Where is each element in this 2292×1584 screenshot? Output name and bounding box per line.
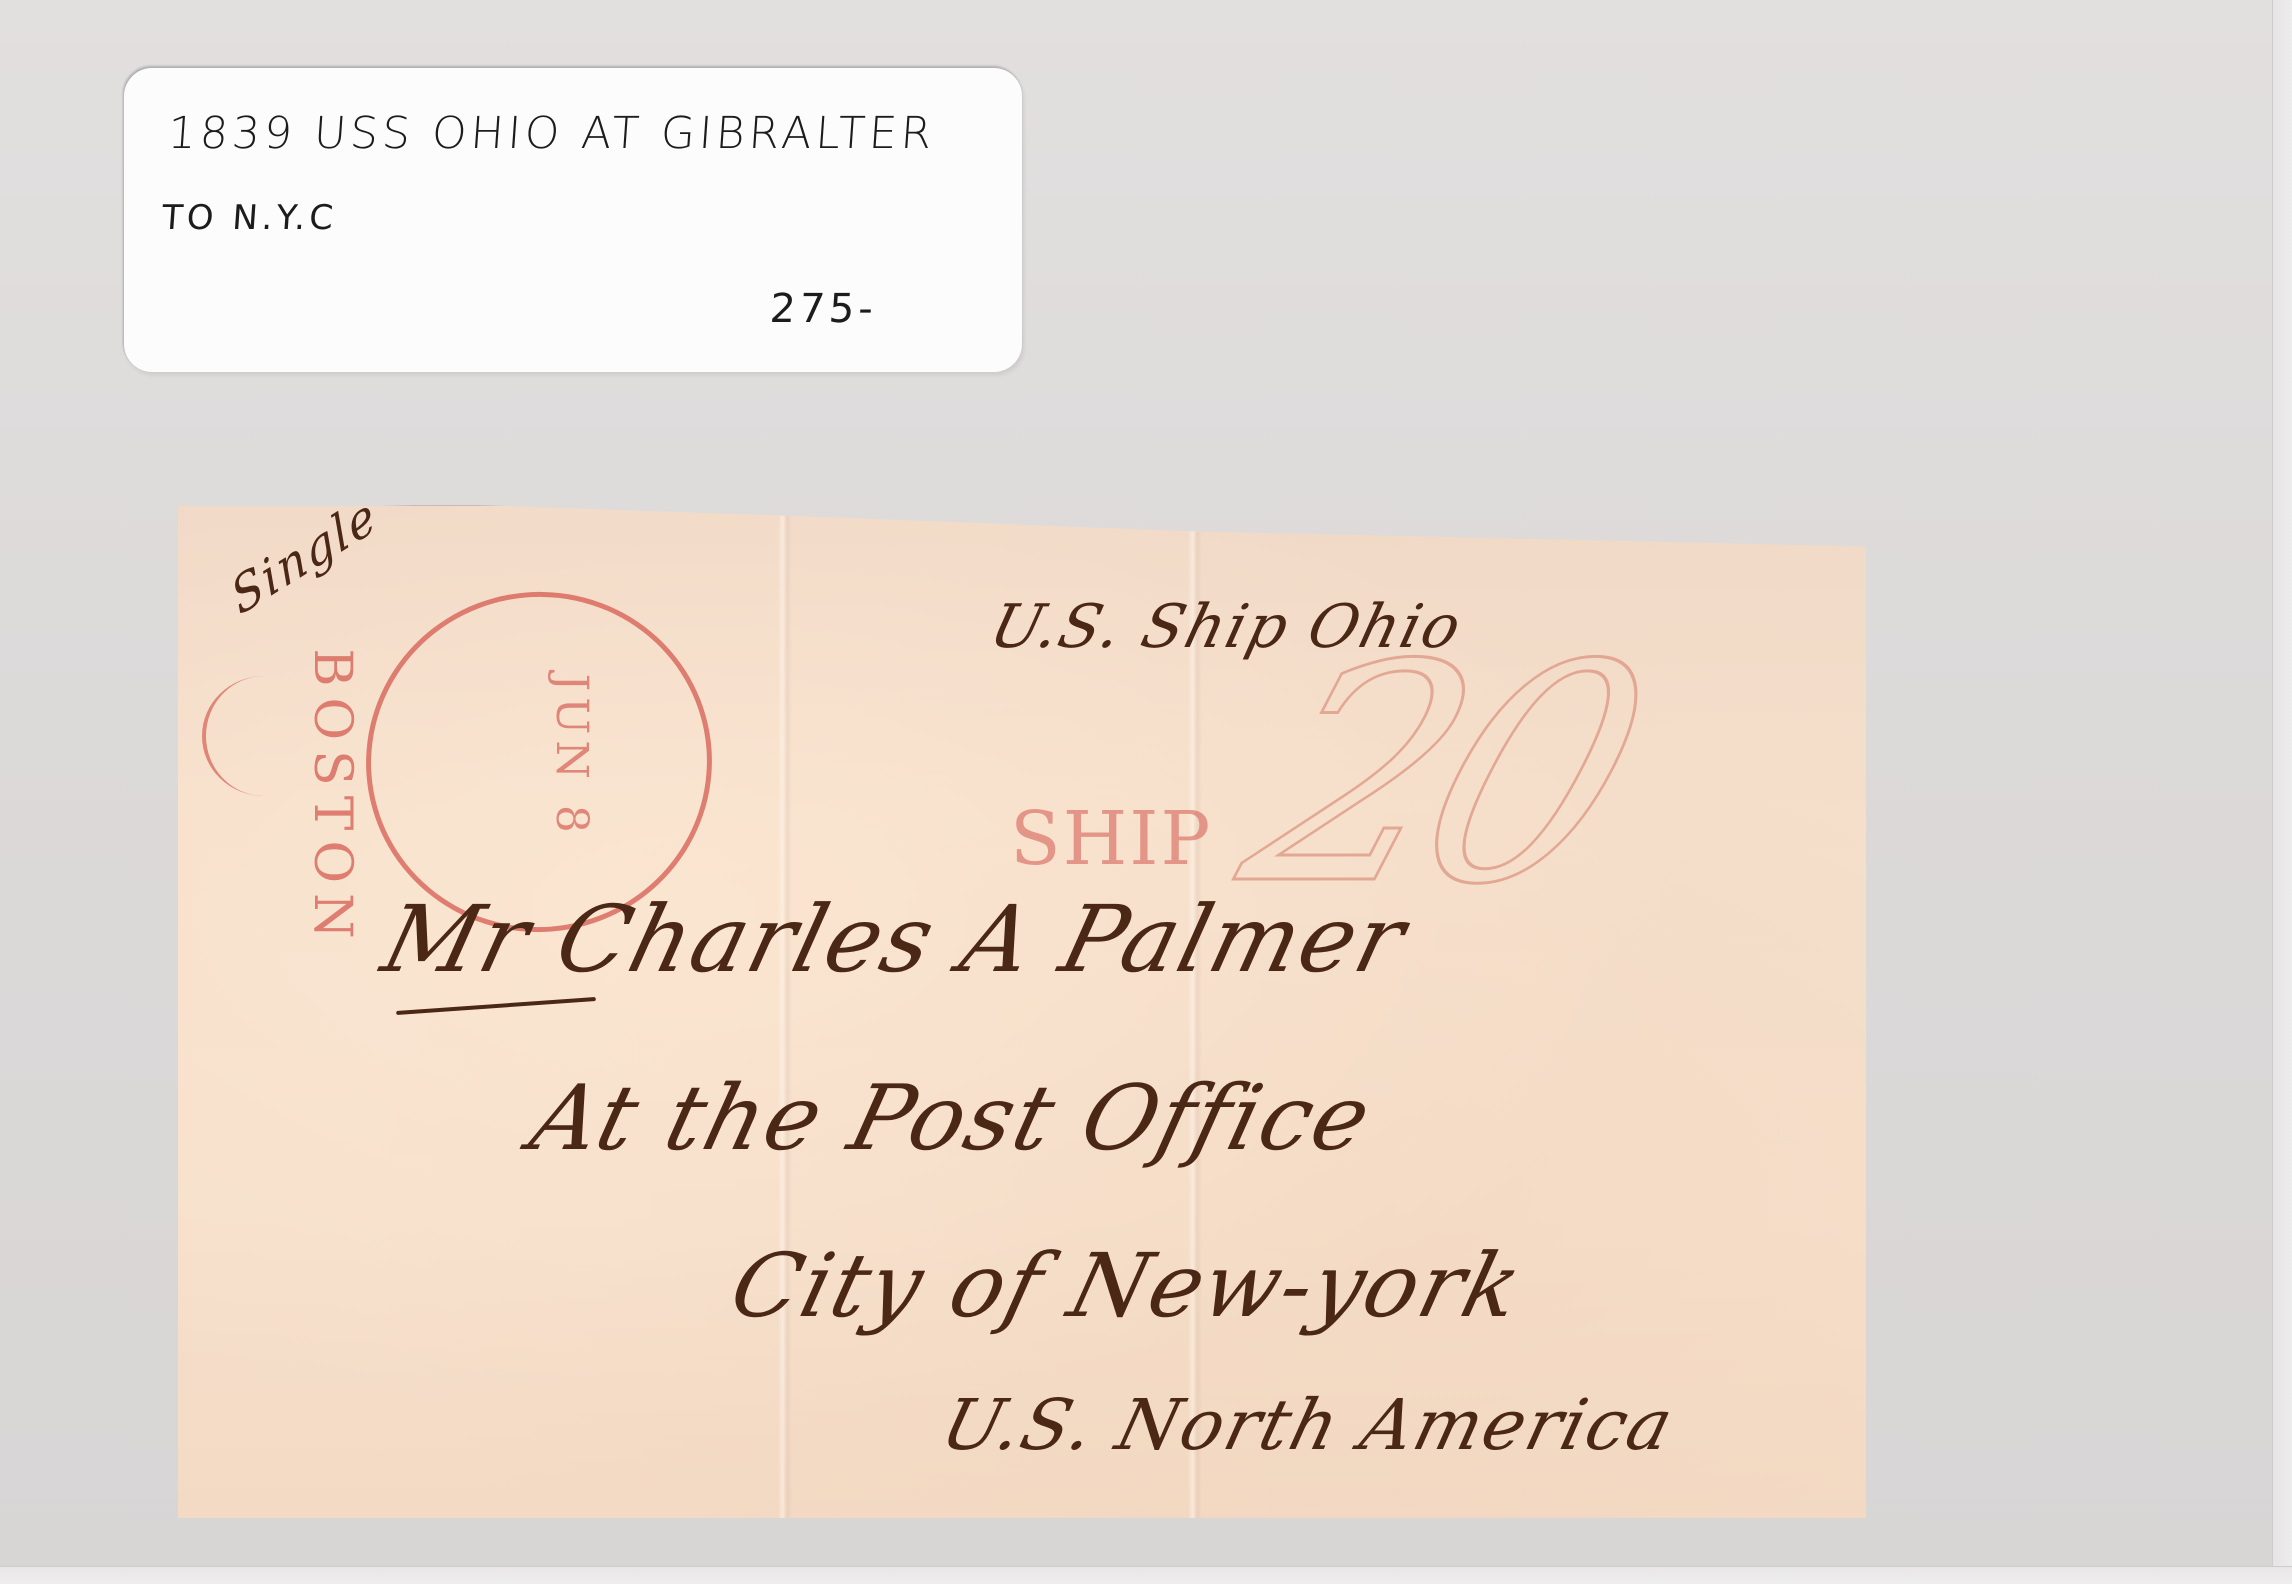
address-line-2: City of New-york xyxy=(721,1234,1533,1337)
sleeve-edge-right xyxy=(2272,0,2292,1584)
address-line-3: U.S. North America xyxy=(934,1384,1683,1466)
manuscript-rate-marking: 20 xyxy=(1219,626,1658,926)
manuscript-single-rate-note: Single xyxy=(224,485,384,627)
label-description: 1839 USS OHIO AT GIBRALTER xyxy=(166,108,937,159)
stampless-folded-cover: BOSTON JUN 8 Single U.S. Ship Ohio SHIP … xyxy=(178,506,1866,1518)
postmark-town: BOSTON xyxy=(302,648,362,948)
label-destination: TO N.Y.C xyxy=(161,198,339,238)
address-line-1: At the Post Office xyxy=(521,1066,1382,1171)
postmark-date: JUN 8 xyxy=(546,674,597,839)
fold-crease xyxy=(778,506,792,1518)
ship-handstamp: SHIP xyxy=(1010,796,1212,882)
label-price: 275- xyxy=(768,286,878,332)
sleeve-edge-bottom xyxy=(0,1566,2292,1584)
dealer-label-card: 1839 USS OHIO AT GIBRALTER TO N.Y.C 275- xyxy=(124,68,1022,372)
addressee-underline xyxy=(396,997,596,1015)
addressee-name: Mr Charles A Palmer xyxy=(373,886,1417,993)
